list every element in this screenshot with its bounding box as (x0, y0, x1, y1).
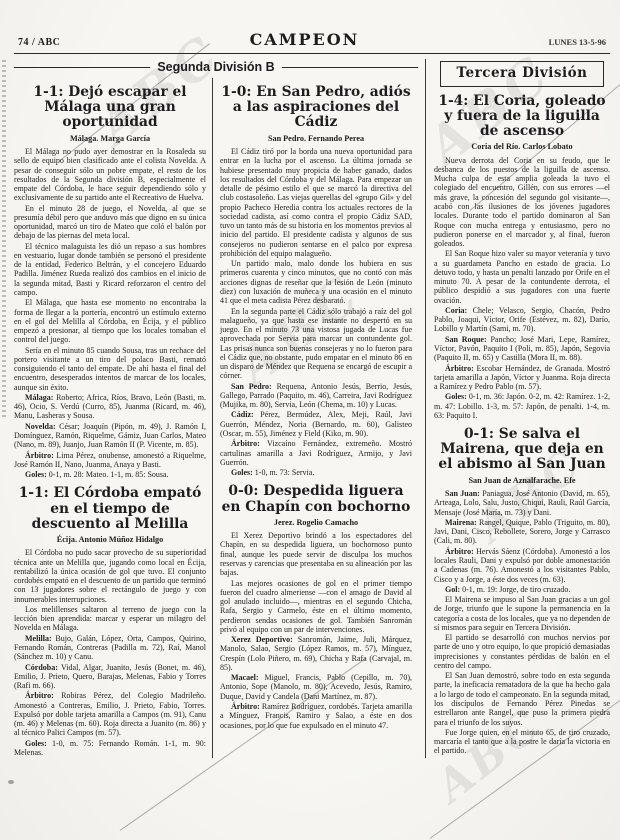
article-byline: Coria del Río. Carlos Lobato (434, 142, 610, 152)
lineup-line: Melilla: Bujo, Galán, López, Orta, Campo… (14, 634, 206, 662)
header-rule (14, 53, 610, 54)
rule-left (14, 67, 150, 68)
article-paragraph: Nueva derrota del Coria en su feudo, que… (434, 156, 610, 249)
lineup-line: Córdoba: Vidal, Algar, Juanito, Jesús (B… (14, 663, 206, 691)
lineup-line: Málaga: Roberto; Africa, Ríos, Bravo, Le… (14, 393, 206, 421)
lineup-label: Xerez Deportivo: (231, 635, 293, 644)
lineup-label: Árbitro: (231, 702, 260, 711)
lineup-label: Goles: (25, 739, 47, 748)
article-byline: Écija. Antonio Múñoz Hidalgo (14, 535, 206, 545)
article-headline: 1-1: El Córdoba empató en el tiempo de d… (14, 486, 206, 532)
goals-line: Goles: 0-1, m. 36: Japón. 0-2, m. 42: Ra… (434, 392, 610, 420)
lineup-line: Cádiz: Pérez, Bermúdez, Alex, Meji, Raúl… (220, 410, 412, 438)
article-byline: San Pedro. Fernando Perea (220, 134, 412, 144)
article-paragraph: El Córdoba no pudo sacar provecho de su … (14, 548, 206, 604)
goals-line: Goles: 0-1, m. 28: Mateo. 1-1, m. 85: So… (14, 470, 206, 479)
article-paragraph: El San Juan demostró, sobre todo en esta… (434, 671, 610, 727)
article-cordoba: 1-1: El Córdoba empató en el tiempo de d… (14, 486, 206, 757)
lineup-label: Novelda: (25, 422, 56, 431)
lineup-label: Árbitro: (445, 547, 474, 556)
article-xerez: 0-0: Despedida liguera en Chapín con boc… (220, 484, 412, 729)
article-cadiz: 1-0: En San Pedro, adiós a las aspiracio… (220, 85, 412, 477)
lineup-label: Mairena: (445, 518, 477, 527)
page-number: 74 / ABC (18, 37, 60, 48)
article-byline: San Juan de Aznalfarache. Efe (434, 476, 610, 486)
tercera-section-title-box: Tercera División (440, 61, 604, 87)
article-coria: 1-4: El Coria, goleado y fuera de la lig… (434, 94, 610, 420)
lineup-label: San Pedro: (231, 382, 272, 391)
masthead-title: CAMPEON (250, 30, 360, 49)
article-paragraph: El técnico malaguista les dió un repaso … (14, 242, 206, 298)
lineup-label: Árbitro: (25, 691, 54, 700)
lineup-label: Goles: (25, 470, 47, 479)
article-paragraph: El Málaga no pudo ayer demostrar en la R… (14, 147, 206, 203)
goals-line: Goles: 1-0, m. 75: Fernando Román. 1-1, … (14, 739, 206, 758)
referee-line: Árbitro: Robiras Pérez, del Colegio Madr… (14, 691, 206, 737)
lineup-label: Córdoba: (25, 663, 58, 672)
lineup-line: Mairena: Rangel, Quique, Pablo (Triguito… (434, 518, 610, 546)
lineup-label: Málaga: (25, 393, 53, 402)
article-paragraph: El Mairena se impuso al San Juan gracias… (434, 595, 610, 632)
article-paragraph: Las mejores ocasiones de gol en el prime… (220, 579, 412, 635)
article-byline: Málaga. Marga García (14, 134, 206, 144)
referee-line: Árbitro: Hervás Sáenz (Córdoba). Amonest… (434, 547, 610, 584)
article-paragraph: El partido se desarrolló con muchos nerv… (434, 633, 610, 670)
column-left: 1-1: Dejó escapar el Málaga una gran opo… (14, 78, 213, 758)
lineup-label: Coria: (445, 306, 467, 315)
article-paragraph: Un partido malo, malo donde los hubiera … (220, 259, 412, 305)
newspaper-page: ABC ABC ABC ABC ABC 74 / ABC CAMPEON LUN… (0, 0, 620, 840)
section-segunda-division-b: Segunda División B 1-1: Dejó escapar el … (14, 59, 426, 758)
article-mairena: 0-1: Se salva el Mairena, que deja en el… (434, 427, 610, 755)
segunda-section-bar: Segunda División B (14, 60, 418, 74)
article-paragraph: En el minuto 28 de juego, el Novelda, al… (14, 204, 206, 241)
lineup-line: Novelda: César; Joaquín (Pipón, m. 49), … (14, 422, 206, 450)
article-paragraph: El Málaga, que hasta ese momento no enco… (14, 298, 206, 344)
segunda-section-title: Segunda División B (157, 60, 274, 74)
article-paragraph: El San Roque hizo valer su mayor veteran… (434, 249, 610, 305)
article-headline: 0-0: Despedida liguera en Chapín con boc… (220, 484, 412, 514)
page-header: 74 / ABC CAMPEON LUNES 13-5-96 (14, 30, 610, 49)
lineup-label: Macael: (231, 673, 259, 682)
lineup-line: San Roque: Pancho; José Mari, Lepe, Ramí… (434, 335, 610, 363)
referee-line: Árbitro: Ramírez Rodríguez, cordobés. Ta… (220, 702, 412, 730)
lineup-line: Coria: Chele; Velasco, Sergio, Chacón, P… (434, 306, 610, 334)
column-middle: 1-0: En San Pedro, adiós a las aspiracio… (213, 78, 412, 758)
article-byline: Jerez. Rogelio Camacho (220, 518, 412, 528)
lineup-label: San Juan: (445, 489, 480, 498)
lineup-line: Macael: Miguel, Francis, Pablo (Cepillo,… (220, 673, 412, 701)
article-headline: 1-0: En San Pedro, adiós a las aspiracio… (220, 85, 412, 131)
referee-line: Árbitro: Escobar Hernández, de Granada. … (434, 364, 610, 392)
referee-line: Árbitro: Vizcaíno Fernández, extremeño. … (220, 439, 412, 467)
tercera-section-title: Tercera División (457, 65, 588, 81)
page-date: LUNES 13-5-96 (549, 37, 606, 47)
referee-line: Árbitro: Lima Pérez, onubense, amonestó … (14, 451, 206, 470)
article-headline: 1-4: El Coria, goleado y fuera de la lig… (434, 94, 610, 140)
article-paragraph: El Cádiz tiró por la borda una nueva opo… (220, 147, 412, 258)
lineup-label: Gol: (445, 585, 460, 594)
article-malaga: 1-1: Dejó escapar el Málaga una gran opo… (14, 85, 206, 479)
scan-speck (8, 780, 14, 784)
lineup-label: Goles: (445, 392, 467, 401)
article-paragraph: Fue Jorge quien, en el minuto 65, de tir… (434, 728, 610, 756)
goals-line: Goles: 1-0, m. 73: Servia. (220, 468, 412, 477)
lineup-line: Xerez Deportivo: Sanromán, Jaime, Juli, … (220, 635, 412, 672)
lineup-label: Árbitro: (25, 451, 54, 460)
article-headline: 1-1: Dejó escapar el Málaga una gran opo… (14, 85, 206, 131)
lineup-label: Cádiz: (231, 410, 254, 419)
article-paragraph: Los melillenses saltaron al terreno de j… (14, 605, 206, 633)
lineup-label: Melilla: (25, 634, 52, 643)
lineup-line: San Pedro: Requena, Antonio Jesús, Berri… (220, 382, 412, 410)
lineup-label: Árbitro: (445, 364, 474, 373)
article-headline: 0-1: Se salva el Mairena, que deja en el… (434, 427, 610, 473)
rule-right (282, 67, 418, 68)
goals-line: Gol: 0-1, m. 19: Jorge, de tiro cruzado. (434, 585, 610, 594)
lineup-line: San Juan: Paniagua, José Antonio (David,… (434, 489, 610, 517)
article-paragraph: En la segunda parte el Cádiz sólo trabaj… (220, 307, 412, 381)
article-paragraph: El Xerez Deportivo brindó a los espectad… (220, 531, 412, 577)
lineup-label: Goles: (231, 468, 253, 477)
lineup-label: Árbitro: (231, 439, 260, 448)
lineup-label: San Roque: (445, 335, 487, 344)
article-paragraph: Sería en el minuto 85 cuando Sousa, tras… (14, 346, 206, 392)
section-tercera-division: Tercera División 1-4: El Coria, goleado … (426, 59, 610, 758)
